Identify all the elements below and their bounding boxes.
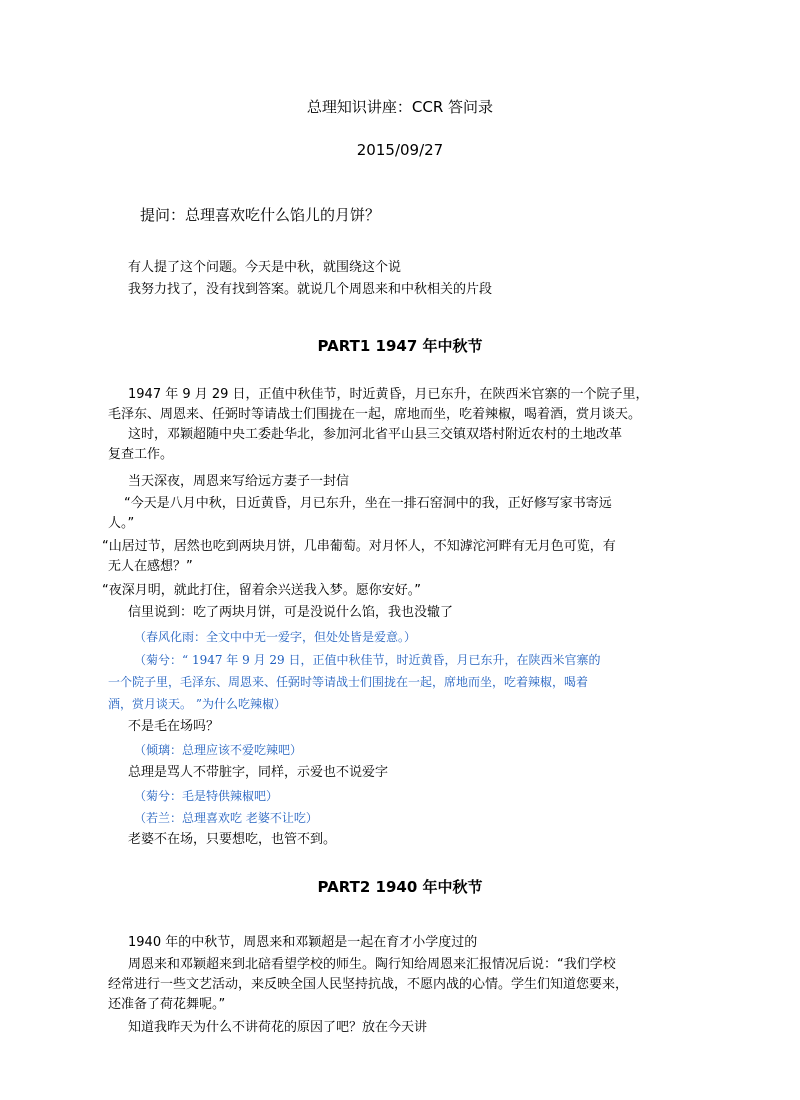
paragraph-line: 当天深夜，周恩来写给远方妻子一封信 <box>128 472 349 492</box>
paragraph-line: 毛泽东、周恩来、任弼时等请战士们围拢在一起，席地而坐，吃着辣椒，喝着酒，赏月谈天… <box>108 405 641 425</box>
paragraph-line: 知道我昨天为什么不讲荷花的原因了吧？放在今天讲 <box>128 1018 427 1038</box>
paragraph-line: 1947 年 9 月 29 日，正值中秋佳节，时近黄昏，月已东升，在陕西米官寨的… <box>128 385 649 405</box>
comment-line: （菊兮：“ 1947 年 9 月 29 日，正值中秋佳节，时近黄昏，月已东升，在… <box>134 650 600 670</box>
comment-line: （倾璃：总理应该不爱吃辣吧） <box>134 740 302 760</box>
paragraph-line: 人。” <box>108 514 134 534</box>
paragraph-line: 复查工作。 <box>108 445 173 465</box>
intro-line: 有人提了这个问题。今天是中秋，就围绕这个说 <box>128 258 401 278</box>
paragraph-line: 老婆不在场，只要想吃，也管不到。 <box>128 830 336 850</box>
question-heading: 提问：总理喜欢吃什么馅儿的月饼？ <box>140 204 380 225</box>
paragraph-line: 总理是骂人不带脏字，同样，示爱也不说爱字 <box>128 763 388 783</box>
document-page: 总理知识讲座：CCR 答问录 2015/09/27 提问：总理喜欢吃什么馅儿的月… <box>0 0 800 1100</box>
paragraph-line: 这时，邓颖超随中央工委赴华北，参加河北省平山县三交镇双塔村附近农村的土地改革 <box>128 425 622 445</box>
paragraph-line: “夜深月明，就此打住，留着余兴送我入梦。愿你安好。” <box>102 581 421 601</box>
paragraph-line: 周恩来和邓颖超来到北碚看望学校的师生。陶行知给周恩来汇报情况后说：“我们学校 <box>128 955 616 975</box>
paragraph-line: 不是毛在场吗？ <box>128 717 219 737</box>
comment-line: （若兰：总理喜欢吃 老婆不让吃） <box>134 808 318 828</box>
paragraph-line: 经常进行一些文艺活动，来反映全国人民坚持抗战，不愿内战的心情。学生们知道您要来， <box>108 975 628 995</box>
document-date: 2015/09/27 <box>0 141 800 159</box>
intro-line: 我努力找了，没有找到答案。就说几个周恩来和中秋相关的片段 <box>128 280 492 300</box>
comment-line: （菊兮：毛是特供辣椒吧） <box>134 786 278 806</box>
document-title: 总理知识讲座：CCR 答问录 <box>0 96 800 117</box>
paragraph-line: 信里说到：吃了两块月饼，可是没说什么馅，我也没辙了 <box>128 603 453 623</box>
paragraph-line: 无人在感想？” <box>108 557 193 577</box>
comment-line: 酒，赏月谈天。 ”为什么吃辣椒） <box>108 694 286 714</box>
section-heading-part1: PART1 1947 年中秋节 <box>0 335 800 356</box>
comment-line: 一个院子里，毛泽东、周恩来、任弼时等请战士们围拢在一起，席地而坐，吃着辣椒，喝着 <box>108 672 588 692</box>
paragraph-line: “山居过节，居然也吃到两块月饼，几串葡萄。对月怀人，不知滹沱河畔有无月色可览，有 <box>102 537 616 557</box>
paragraph-line: 1940 年的中秋节，周恩来和邓颖超是一起在育才小学度过的 <box>128 933 477 953</box>
paragraph-line: “今天是八月中秋，日近黄昏，月已东升，坐在一排石窑洞中的我，正好修写家书寄远 <box>124 494 612 514</box>
comment-line: （春风化雨：全文中中无一爱字，但处处皆是爱意。） <box>134 627 416 647</box>
paragraph-line: 还准备了荷花舞呢。” <box>108 995 225 1015</box>
section-heading-part2: PART2 1940 年中秋节 <box>0 876 800 897</box>
